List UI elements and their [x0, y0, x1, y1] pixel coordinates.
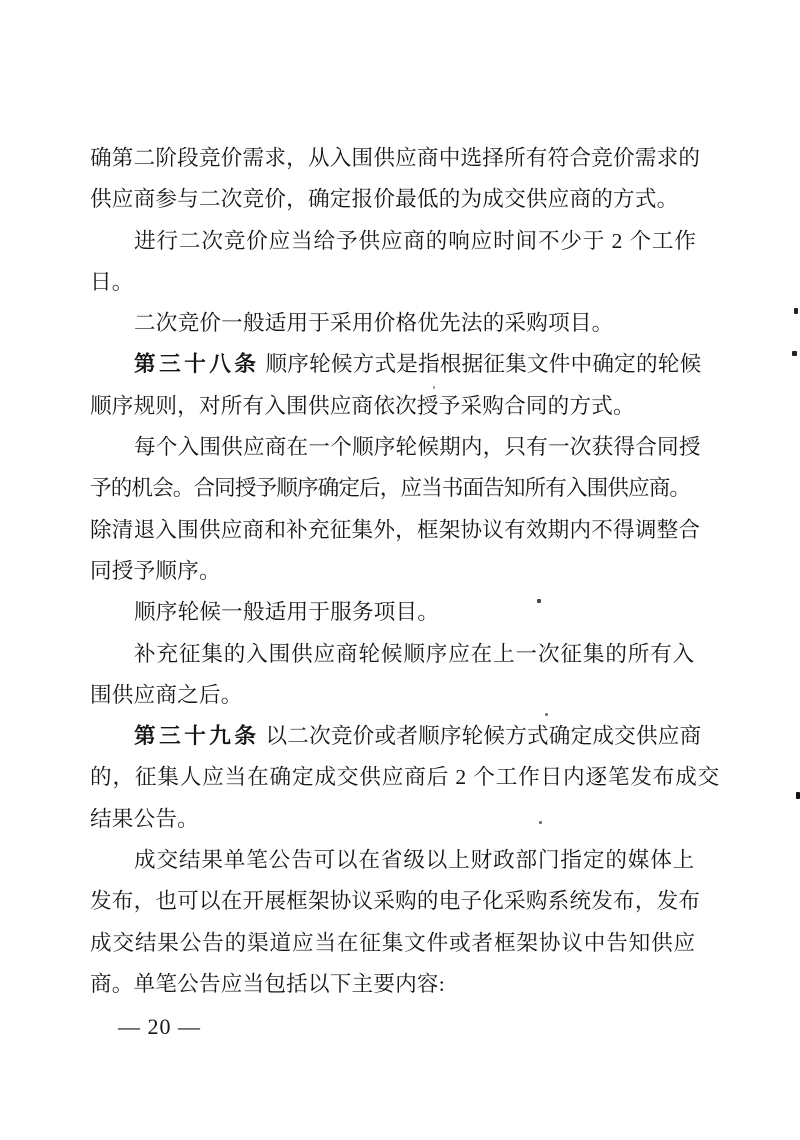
- page-number: — 20 —: [118, 1014, 201, 1040]
- text-line: 围供应商之后。: [90, 681, 704, 722]
- text-line: 供应商参与二次竞价，确定报价最低的为成交供应商的方式。: [90, 185, 704, 226]
- text-line: 第三十九条以二次竞价或者顺序轮候方式确定成交供应商: [90, 722, 704, 763]
- document-page: 确第二阶段竞价需求，从入围供应商中选择所有符合竞价需求的 供应商参与二次竞价，确…: [0, 0, 800, 1140]
- scan-speck: [794, 308, 798, 314]
- text-line: 日。: [90, 268, 704, 309]
- scan-speck: [433, 386, 435, 389]
- text-line: 成交结果单笔公告可以在省级以上财政部门指定的媒体上: [90, 846, 704, 887]
- text-line: 商。单笔公告应当包括以下主要内容:: [90, 970, 704, 1011]
- scan-speck: [796, 792, 800, 799]
- text-line: 同授予顺序。: [90, 557, 704, 598]
- text-line-rest: 以二次竞价或者顺序轮候方式确定成交供应商: [265, 724, 701, 748]
- scan-speck: [545, 713, 548, 716]
- text-line: 第三十八条顺序轮候方式是指根据征集文件中确定的轮候: [90, 350, 704, 391]
- text-line: 予的机会。合同授予顺序确定后，应当书面告知所有入围供应商。: [90, 474, 704, 515]
- text-line: 成交结果公告的渠道应当在征集文件或者框架协议中告知供应: [90, 929, 704, 970]
- text-line-rest: 顺序轮候方式是指根据征集文件中确定的轮候: [265, 352, 701, 376]
- text-line: 进行二次竞价应当给予供应商的响应时间不少于 2 个工作: [90, 227, 704, 268]
- text-line: 的，征集人应当在确定成交供应商后 2 个工作日内逐笔发布成交: [90, 763, 704, 804]
- scan-speck: [539, 821, 542, 824]
- text-line: 结果公告。: [90, 805, 704, 846]
- text-line: 除清退入围供应商和补充征集外，框架协议有效期内不得调整合: [90, 516, 704, 557]
- text-line: 二次竞价一般适用于采用价格优先法的采购项目。: [90, 309, 704, 350]
- body-text-block: 确第二阶段竞价需求，从入围供应商中选择所有符合竞价需求的 供应商参与二次竞价，确…: [90, 144, 704, 1011]
- text-line: 顺序轮候一般适用于服务项目。: [90, 598, 704, 639]
- text-line: 发布，也可以在开展框架协议采购的电子化采购系统发布，发布: [90, 887, 704, 928]
- text-line: 每个入围供应商在一个顺序轮候期内，只有一次获得合同授: [90, 433, 704, 474]
- text-line: 确第二阶段竞价需求，从入围供应商中选择所有符合竞价需求的: [90, 144, 704, 185]
- scan-speck: [792, 351, 797, 356]
- article-heading-39: 第三十九条: [134, 724, 259, 748]
- text-line: 补充征集的入围供应商轮候顺序应在上一次征集的所有入: [90, 640, 704, 681]
- text-line: 顺序规则，对所有入围供应商依次授予采购合同的方式。: [90, 392, 704, 433]
- scan-speck: [537, 599, 541, 603]
- article-heading-38: 第三十八条: [134, 352, 259, 376]
